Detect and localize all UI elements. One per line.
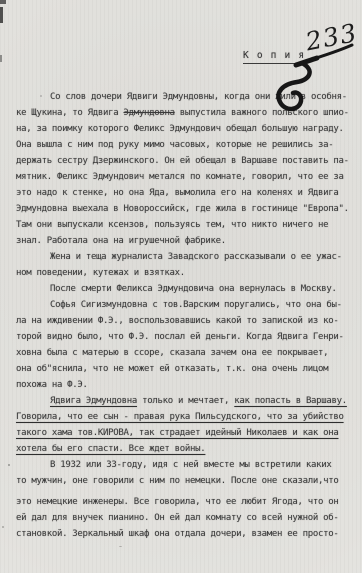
document-line: Жена и теща журналиста Завадского расска…	[16, 249, 358, 265]
text-segment: Со слов дочери Ядвиги Эдмундовны, когда …	[50, 92, 347, 102]
text-segment: держать сестру Дзержинского. Он ей обеща…	[16, 156, 349, 166]
document-line: ей дал для внучек пианино. Он ей дал ком…	[16, 510, 358, 526]
text-segment: ке Щукина, то Ядвига	[16, 108, 124, 118]
text-segment: Она вышла с ним под руку мимо часовых, к…	[16, 140, 333, 150]
document-line: Она вышла с ним под руку мимо часовых, к…	[16, 137, 358, 153]
scan-edge-mark	[0, 55, 2, 62]
text-segment: похожа на Ф.Э.	[16, 380, 88, 390]
document-line: ховна была с матерью в ссоре, сказала за…	[16, 345, 358, 361]
document-line: это надо к стенке, но она Яда, вымолила …	[16, 185, 358, 201]
document-line: ла на иждивении Ф.Э., воспользовавшись к…	[16, 313, 358, 329]
text-segment: Эдмундовна выехала в Новороссийск, где ж…	[16, 204, 349, 214]
document-line: это немецкие инженеры. Все говорила, что…	[16, 494, 358, 510]
text-segment: это немецкие инженеры. Все говорила, что…	[16, 497, 338, 507]
document-line: держать сестру Дзержинского. Он ей обеща…	[16, 153, 358, 169]
document-line: хотела бы его спасти. Все ждет войны.	[16, 441, 358, 457]
underlined-text: Говорила, что ее сын - правая рука Пильс…	[16, 412, 344, 422]
document-line: становкой. Зеркальный шкаф она отдала до…	[16, 526, 358, 542]
text-segment: только и мечтает,	[137, 396, 234, 406]
copy-heading: К о п и я	[243, 50, 305, 64]
document-line: мятник. Феликс Эдмундович метался по ком…	[16, 169, 358, 185]
scan-edge-mark	[0, 7, 3, 23]
text-segment: В 1932 или 33-году, идя с ней вместе мы …	[50, 460, 332, 470]
document-line: торой видно было, что Ф.Э. послал ей ден…	[16, 329, 358, 345]
text-segment: ла на иждивении Ф.Э., воспользовавшись к…	[16, 316, 338, 326]
text-segment: становкой. Зеркальный шкаф она отдала до…	[16, 529, 338, 539]
text-segment: После смерти Феликса Эдмундовича она вер…	[50, 284, 337, 294]
document-line: Со слов дочери Ядвиги Эдмундовны, когда …	[16, 89, 358, 105]
document-line: то мужчин, оне говорили с ним по немецки…	[16, 473, 358, 489]
document-line: ном поведении, кутежах и взятках.	[16, 265, 358, 281]
underlined-text: как попасть в Варшаву.	[234, 396, 347, 406]
document-line: такого хама тов.КИРОВА, так страдает иде…	[16, 425, 358, 441]
text-segment: мятник. Феликс Эдмундович метался по ком…	[16, 172, 344, 182]
document-line: Эдмундовна выехала в Новороссийск, где ж…	[16, 201, 358, 217]
text-segment: она об"яснила, что не может ей отказать,…	[16, 364, 328, 374]
scan-speck	[8, 464, 10, 466]
document-line: похожа на Ф.Э.	[16, 377, 358, 393]
text-segment: знал. Работала она на игрушечной фабрике…	[16, 236, 226, 246]
text-segment: выпустила важного польского шпио-	[175, 108, 349, 118]
text-segment: торой видно было, что Ф.Э. послал ей ден…	[16, 332, 344, 342]
scan-speck	[2, 526, 4, 528]
document-page: К о п и я Со слов дочери Ядвиги Эдмундов…	[0, 0, 362, 573]
document-line: После смерти Феликса Эдмундовича она вер…	[16, 281, 358, 297]
text-segment: ховна была с матерью в ссоре, сказала за…	[16, 348, 328, 358]
scan-corner-mark	[0, 0, 6, 4]
document-line: ке Щукина, то Ядвига Эдмундовна выпустил…	[16, 105, 358, 121]
document-line: на, за поимку которого Феликс Эдмундович…	[16, 121, 358, 137]
document-line: Там они выпускали ксензов, пользуясь тем…	[16, 217, 358, 233]
document-line: знал. Работала она на игрушечной фабрике…	[16, 233, 358, 249]
document-line: она об"яснила, что не может ей отказать,…	[16, 361, 358, 377]
text-segment: это надо к стенке, но она Яда, вымолила …	[16, 188, 338, 198]
document-line: Ядвига Эдмундовна только и мечтает, как …	[16, 393, 358, 409]
document-line: В 1932 или 33-году, идя с ней вместе мы …	[16, 457, 358, 473]
text-segment: ном поведении, кутежах и взятках.	[16, 268, 185, 278]
document-line: Софья Сигизмундовна с тов.Варским поруга…	[16, 297, 358, 313]
text-segment: на, за поимку которого Феликс Эдмундович…	[16, 124, 344, 134]
text-segment: Там они выпускали ксензов, пользуясь тем…	[16, 220, 328, 230]
underlined-text: такого хама тов.КИРОВА, так страдает иде…	[16, 428, 338, 438]
text-segment: Софья Сигизмундовна с тов.Варским поруга…	[50, 300, 342, 310]
document-line: Говорила, что ее сын - правая рука Пильс…	[16, 409, 358, 425]
underlined-text: хотела бы его спасти. Все ждет войны.	[16, 444, 205, 454]
struck-text: Эдмундовна	[124, 108, 175, 118]
page-number-handwritten: 233	[302, 18, 360, 57]
scan-speck	[40, 95, 42, 97]
underlined-text: Ядвига Эдмундовна	[50, 396, 137, 406]
scan-speck	[119, 546, 122, 547]
text-segment: то мужчин, оне говорили с ним по немецки…	[16, 476, 338, 486]
text-segment: ей дал для внучек пианино. Он ей дал ком…	[16, 513, 338, 523]
text-segment: Жена и теща журналиста Завадского расска…	[50, 252, 342, 262]
document-text: Со слов дочери Ядвиги Эдмундовны, когда …	[16, 89, 358, 542]
